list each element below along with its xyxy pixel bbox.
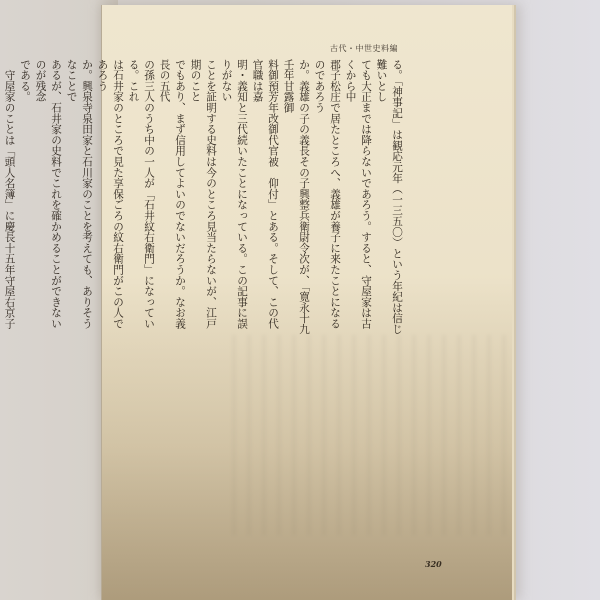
text-column: でもあり、まず信用してよいのでないだろうか。なお義長の五代 <box>156 59 187 335</box>
book-page: 古代・中世史料編 る。「神事記」は観応元年（一三五〇）という年紀は信じ難いとして… <box>101 5 512 600</box>
text-column: である。 <box>17 59 33 335</box>
text-column: 郡子松庄で居たところへ、義雄が養子に来たことになるのであろう <box>311 59 342 335</box>
text-column: あるが、石井家の史料でこれを確かめることができないのが残念 <box>32 59 63 335</box>
running-head: 古代・中世史料編 <box>330 43 398 54</box>
page-number: 320 <box>425 559 442 569</box>
text-column: 守屋家のことは「頭人名簿」に慶長十五年守屋右京子同縫之助、 <box>0 59 17 335</box>
text-column: ことを証明する史料は今のところ見当たらないが、江戸期のこと <box>187 59 218 335</box>
text-column: の孫三人のうち中の一人が「石井紋右衛門」になっている。これ <box>125 59 156 335</box>
show-through-text <box>232 335 512 535</box>
vertical-body-text: る。「神事記」は観応元年（一三五〇）という年紀は信じ難いとしても大正までは降らな… <box>84 59 404 335</box>
text-column: か。義雄の子の義長その子興整兵衛尉令次が、「寛永十九壬年甘露御 <box>280 59 311 335</box>
text-column: る。「神事記」は観応元年（一三五〇）という年紀は信じ難いとし <box>373 59 404 335</box>
text-column: 明・義知と三代続いたことになっている。この記事に誤りがない <box>218 59 249 335</box>
text-column: ても大正までは降らないであろう。すると、守屋家は古くから中 <box>342 59 373 335</box>
text-column: は石井家のところで見た享保ごろの紋右衛門がこの人であろう <box>94 59 125 335</box>
text-column: か。興泉寺泉田家と石川家のことを考えても、ありそうなことで <box>63 59 94 335</box>
text-column: 料御預芳年改御代官被 仰付」とある。そして、この代官職は嘉 <box>249 59 280 335</box>
